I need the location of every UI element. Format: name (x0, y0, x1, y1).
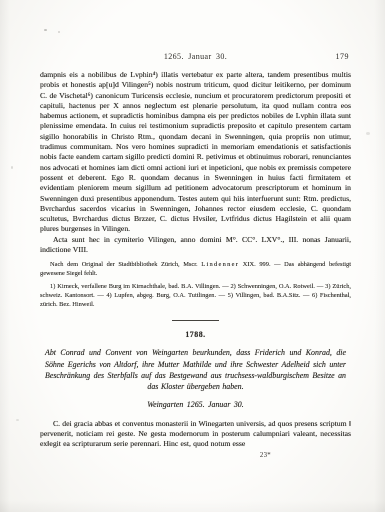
entry-number: 1788. (40, 330, 351, 339)
scan-speck (366, 132, 370, 135)
entry-dateline: Weingarten 1265. Januar 30. (40, 400, 351, 409)
scan-speck (16, 419, 19, 421)
text-block: 1265. Januar 30. 179 dampnis eis a nobil… (40, 52, 351, 459)
entry-regest: Abt Conrad und Convent von Weingarten be… (45, 347, 346, 392)
scan-speck (11, 166, 13, 169)
scanned-book-page: 1265. Januar 30. 179 dampnis eis a nobil… (0, 0, 385, 512)
acta-clause: Acta sunt hec in cymiterio Vilingen, ann… (40, 235, 351, 256)
entry-body-start: C. dei gracia abbas et conventus monaste… (40, 419, 351, 450)
running-head-date: 1265. Januar 30. (164, 52, 227, 61)
page-number: 179 (336, 52, 350, 61)
source-note-prefix: Nach dem Original der Stadtbibliothek Zü… (50, 261, 201, 268)
source-note: Nach dem Original der Stadtbibliothek Zü… (40, 261, 351, 279)
printer-signature-mark: 23* (40, 452, 351, 459)
footnotes: 1) Kirneck, verfallene Burg im Kirnachth… (40, 283, 351, 309)
scan-speck (44, 29, 47, 31)
running-header: 1265. Januar 30. 179 (40, 52, 351, 61)
charter-continuation-text: dampnis eis a nobilibus de Lvphin⁴) illa… (40, 70, 351, 235)
source-manuscript-name: Lindenner (201, 261, 239, 268)
scan-speck (58, 31, 60, 33)
section-divider (172, 320, 219, 321)
